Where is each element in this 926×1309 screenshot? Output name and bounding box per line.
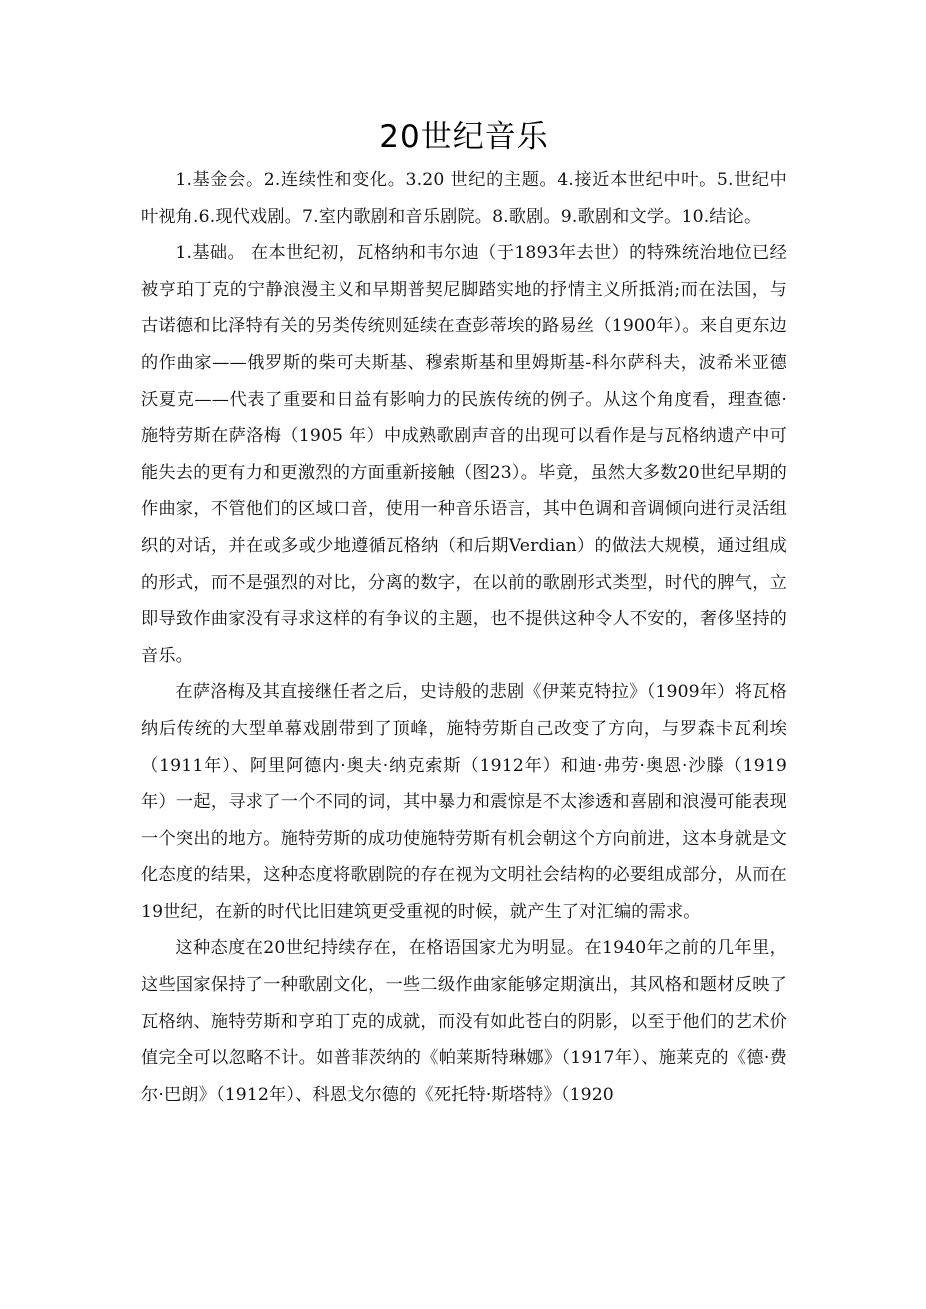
body-paragraph-foundations: 1.基础。 在本世纪初，瓦格纳和韦尔迪（于1893年去世）的特殊统治地位已经被亨… — [141, 235, 787, 674]
document-title: 20世纪音乐 — [141, 112, 787, 162]
table-of-contents-paragraph: 1.基金会。2.连续性和变化。3.20 世纪的主题。4.接近本世纪中叶。5.世纪… — [141, 162, 787, 235]
document-page: 20世纪音乐 1.基金会。2.连续性和变化。3.20 世纪的主题。4.接近本世纪… — [141, 112, 787, 1113]
body-paragraph-german-opera-culture: 这种态度在20世纪持续存在，在格语国家尤为明显。在1940年之前的几年里，这些国… — [141, 930, 787, 1113]
body-paragraph-salome-successors: 在萨洛梅及其直接继任者之后，史诗般的悲剧《伊莱克特拉》（1909年）将瓦格纳后传… — [141, 674, 787, 930]
